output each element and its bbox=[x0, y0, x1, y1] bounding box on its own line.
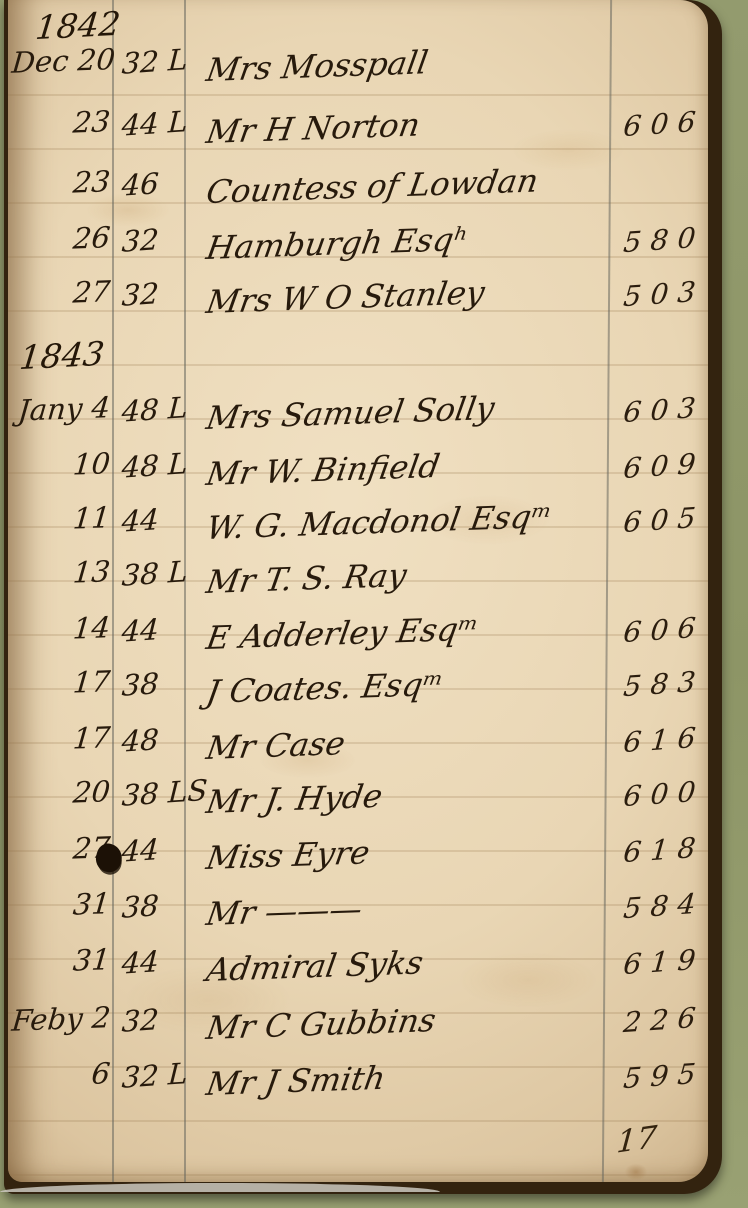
entry-name: Countess of Lowdan bbox=[204, 159, 613, 211]
entry-date: 10 bbox=[10, 446, 111, 483]
entry-date: 11 bbox=[10, 500, 111, 537]
entry-date: 17 bbox=[10, 720, 111, 757]
entry-date: 26 bbox=[10, 220, 111, 257]
entry-quantity: 32 L bbox=[121, 1055, 203, 1094]
entry-quantity: 38 bbox=[121, 885, 203, 924]
entry-date: 20 bbox=[10, 774, 111, 811]
entry-name: Mr J. Hyde bbox=[204, 769, 613, 821]
entry-date: Dec 20 bbox=[10, 42, 111, 79]
entry-date: Jany 4 bbox=[10, 390, 111, 427]
ledger-photo: 1842 1843 Dec 20 32 L Mrs Mosspall 23 44… bbox=[0, 0, 748, 1208]
entry-name: Mr J Smith bbox=[204, 1051, 613, 1103]
entry-name: E Adderley Esqᵐ bbox=[204, 605, 613, 657]
entry-name: Mr W. Binfield bbox=[204, 441, 613, 493]
ledger-row: 31 44 Admiral Syks 619 bbox=[8, 944, 708, 1002]
ledger-row: 27 32 Mrs W O Stanley 503 bbox=[8, 276, 708, 334]
entry-number: 618 bbox=[622, 828, 746, 869]
entry-quantity: 44 bbox=[121, 941, 203, 980]
entry-name: Hamburgh Esqʰ bbox=[204, 215, 613, 267]
entry-date: 14 bbox=[10, 610, 111, 647]
entry-number: 605 bbox=[622, 498, 746, 539]
entry-name: Mr H Norton bbox=[204, 99, 613, 151]
entry-number: 584 bbox=[622, 884, 746, 925]
entry-number: 606 bbox=[622, 102, 746, 143]
entry-name: Admiral Syks bbox=[204, 937, 613, 989]
ledger-row: 23 44 L Mr H Norton 606 bbox=[8, 106, 708, 164]
year-heading-1842: 1842 bbox=[34, 4, 123, 47]
entry-number: 580 bbox=[622, 218, 746, 259]
year-heading-1843: 1843 bbox=[18, 334, 107, 377]
entry-quantity: 44 bbox=[121, 609, 203, 648]
entry-quantity: 44 bbox=[121, 499, 203, 538]
entry-quantity: 32 bbox=[121, 219, 203, 258]
entry-name: Mrs Samuel Solly bbox=[204, 385, 613, 437]
entry-name: Mr T. S. Ray bbox=[204, 549, 613, 601]
entry-quantity: 46 bbox=[121, 163, 203, 202]
entry-name: Mr ——— bbox=[204, 881, 613, 933]
entry-number: 603 bbox=[622, 388, 746, 429]
page-number: 17 bbox=[615, 1119, 658, 1160]
entry-name: W. G. Macdonol Esqᵐ bbox=[204, 495, 613, 547]
entry-name: Miss Eyre bbox=[204, 825, 613, 877]
entry-date: 31 bbox=[10, 886, 111, 923]
entry-quantity: 44 bbox=[121, 829, 203, 868]
entry-quantity: 38 bbox=[121, 663, 203, 702]
entry-quantity: 32 bbox=[121, 999, 203, 1038]
entry-date: 23 bbox=[10, 104, 111, 141]
entry-number: 600 bbox=[622, 772, 746, 813]
entry-name: J Coates. Esqᵐ bbox=[204, 659, 613, 711]
entry-number: 583 bbox=[622, 662, 746, 703]
entry-quantity: 48 L bbox=[121, 389, 203, 428]
entry-quantity: 48 bbox=[121, 719, 203, 758]
entry-quantity: 38 LS bbox=[121, 773, 203, 812]
entry-number: 616 bbox=[622, 718, 746, 759]
ledger-page: 1842 1843 Dec 20 32 L Mrs Mosspall 23 44… bbox=[8, 0, 708, 1182]
entry-quantity: 32 bbox=[121, 273, 203, 312]
entry-quantity: 48 L bbox=[121, 445, 203, 484]
entry-name: Mrs Mosspall bbox=[204, 37, 613, 89]
entry-number: 606 bbox=[622, 608, 746, 649]
entry-date: 13 bbox=[10, 554, 111, 591]
entry-name: Mr C Gubbins bbox=[204, 995, 613, 1047]
entry-quantity: 38 L bbox=[121, 553, 203, 592]
entry-number: 595 bbox=[622, 1054, 746, 1095]
entry-date: 31 bbox=[10, 942, 111, 979]
entry-quantity: 44 L bbox=[121, 103, 203, 142]
entry-date: 23 bbox=[10, 164, 111, 201]
entry-name: Mr Case bbox=[204, 715, 613, 767]
entry-date: 6 bbox=[10, 1056, 111, 1093]
entry-date: 27 bbox=[10, 274, 111, 311]
entry-number: 503 bbox=[622, 272, 746, 313]
entry-quantity: 32 L bbox=[121, 41, 203, 80]
entry-number: 619 bbox=[622, 940, 746, 981]
entry-name: Mrs W O Stanley bbox=[204, 269, 613, 321]
entry-number: 609 bbox=[622, 444, 746, 485]
ledger-row: Dec 20 32 L Mrs Mosspall bbox=[8, 44, 708, 102]
ledger-row: 6 32 L Mr J Smith 595 bbox=[8, 1058, 708, 1116]
entry-number: 226 bbox=[622, 998, 746, 1039]
entry-date: Feby 2 bbox=[10, 1000, 111, 1037]
entry-date: 17 bbox=[10, 664, 111, 701]
